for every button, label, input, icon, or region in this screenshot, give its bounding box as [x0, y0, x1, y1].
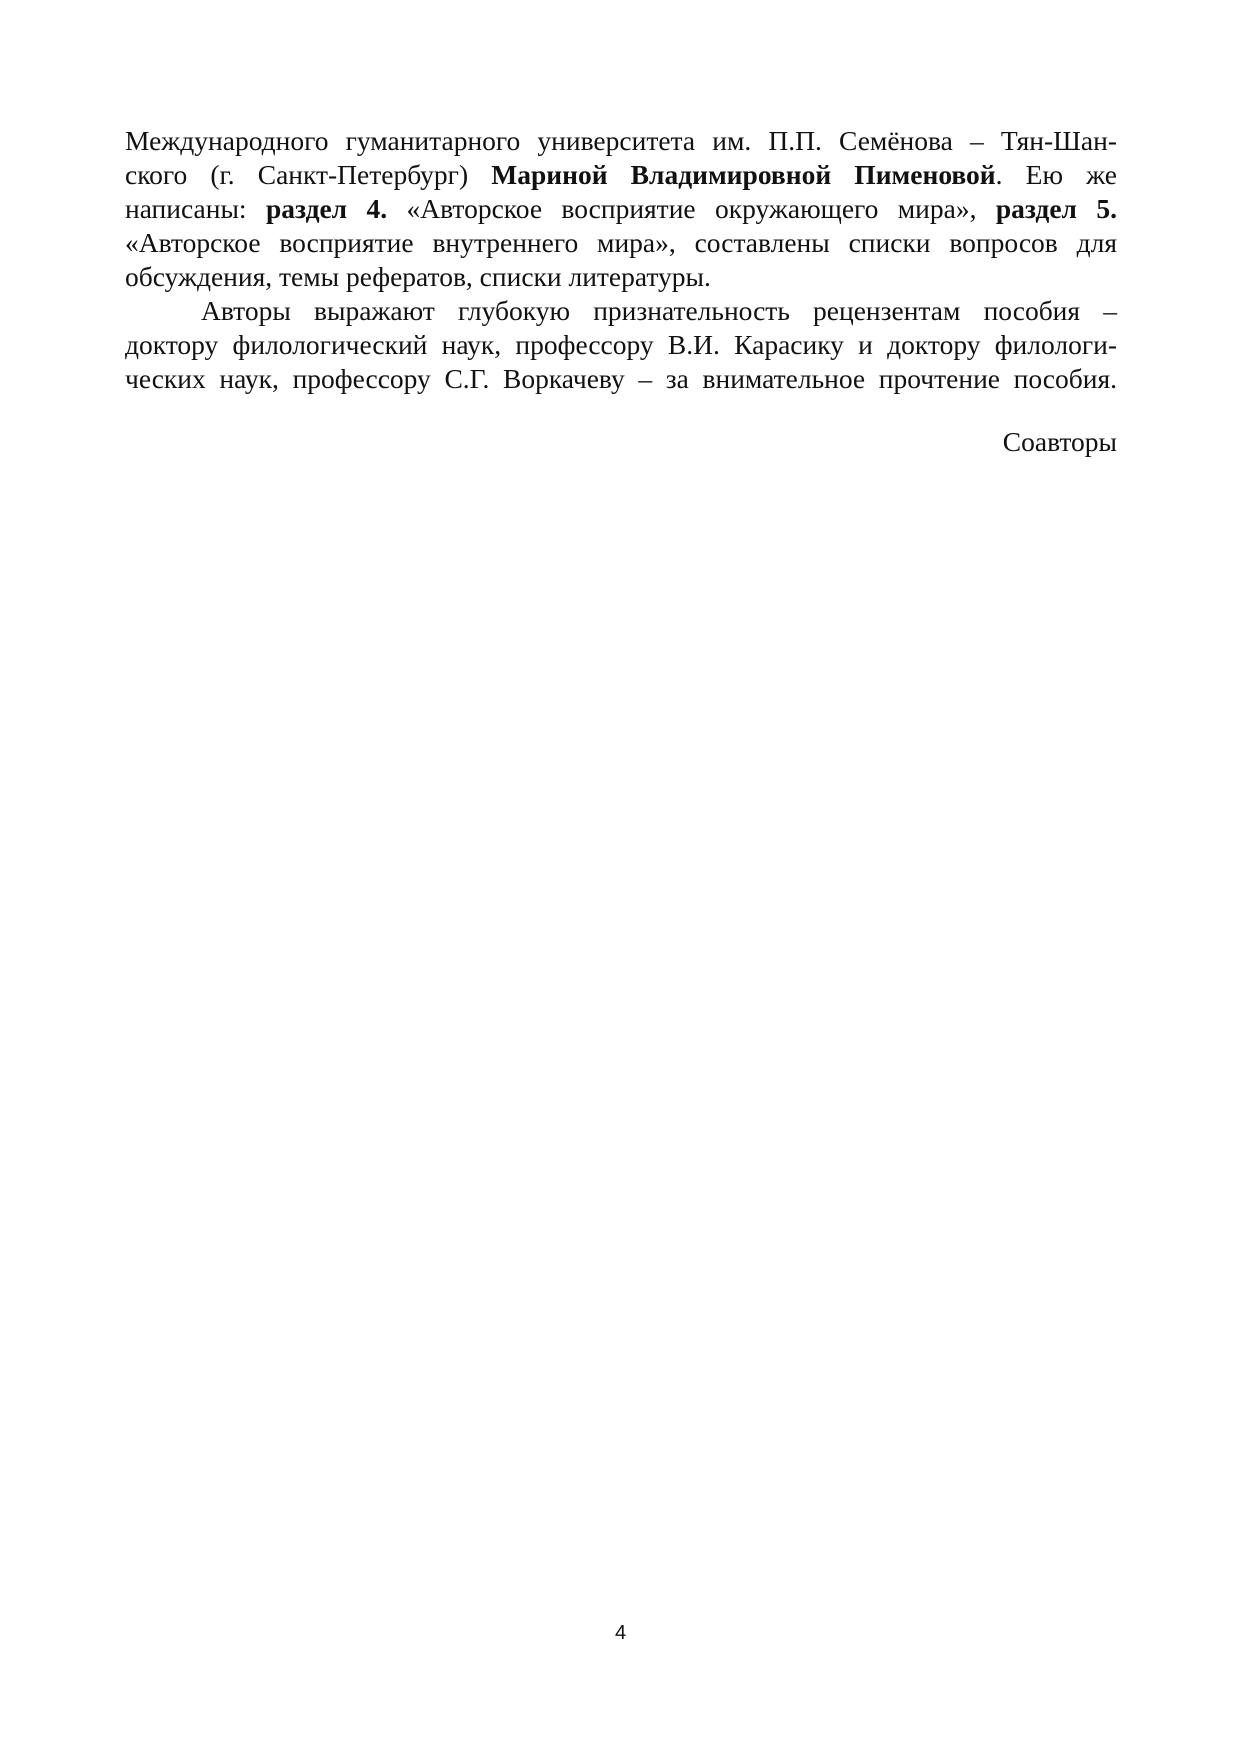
text-line: написаны: раздел 4. «Авторское восприяти…	[125, 192, 1117, 226]
document-page: Международного гуманитарного университет…	[0, 0, 1241, 1754]
text-line: доктору филологический наук, профессору …	[125, 328, 1117, 362]
text-line: Авторы выражают глубокую признательность…	[125, 294, 1117, 328]
text-line: ского (г. Санкт-Петербург) Мариной Влади…	[125, 158, 1117, 192]
signature: Соавторы	[1003, 426, 1117, 458]
paragraph-coauthor-credits: Международного гуманитарного университет…	[125, 124, 1117, 294]
paragraph-acknowledgements: Авторы выражают глубокую признательность…	[125, 294, 1117, 396]
author-name-bold: Мариной Владимировной Пименовой	[491, 159, 995, 190]
section-5-bold: раздел 5.	[996, 193, 1117, 224]
text-line: «Авторское восприятие внутреннего мира»,…	[125, 226, 1117, 260]
body-text: Международного гуманитарного университет…	[125, 124, 1117, 396]
section-4-bold: раздел 4.	[266, 193, 387, 224]
text-line: обсуждения, темы рефератов, списки литер…	[125, 260, 1117, 294]
text-line: Международного гуманитарного университет…	[125, 124, 1117, 158]
text-line: ческих наук, профессору С.Г. Воркачеву –…	[125, 362, 1117, 396]
page-number: 4	[0, 1622, 1241, 1645]
